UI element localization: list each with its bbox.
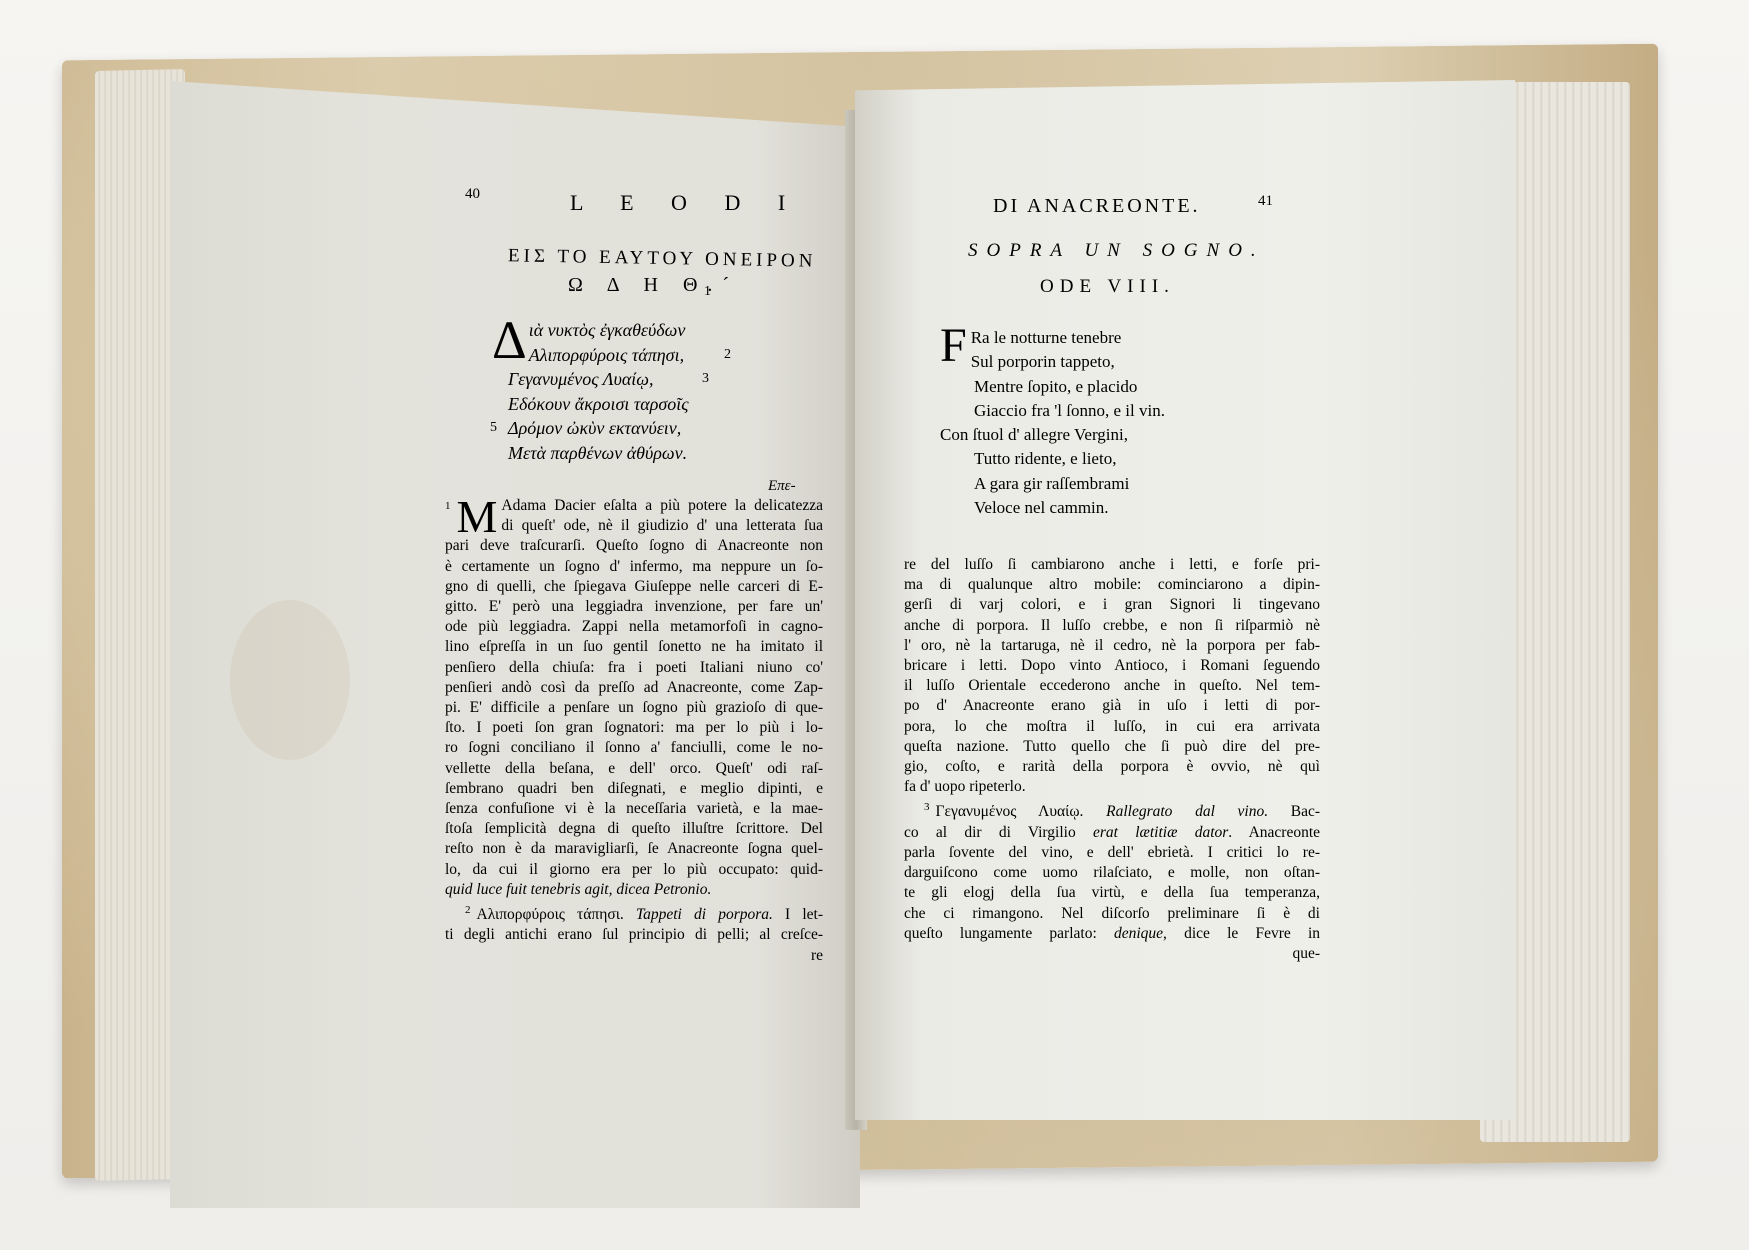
ode-number: ODE VIII. [1040, 276, 1175, 298]
page-number-right: 41 [1258, 193, 1273, 210]
verse-line: Ra le notturne tenebre [940, 326, 1165, 350]
running-head-right: DI ANACREONTE. [993, 195, 1201, 218]
dropcap-m: M [457, 498, 498, 536]
italian-verse: F Ra le notturne tenebre Sul porporin ta… [940, 326, 1165, 520]
greek-ode-label: Ω Δ Η Θ.´ [568, 274, 739, 297]
verse-line: Αλιπορφύροις τάπησι,2 [492, 343, 689, 368]
verse-line: Γεγανυμένος Λυαίῳ,3 [492, 367, 689, 392]
catchword-greek: Επε- [768, 478, 796, 495]
catchword-left-page: re [445, 946, 823, 966]
verse-line: Giaccio fra 'l ſonno, e il vin. [940, 399, 1165, 423]
verse-line: 5Δρόμον ὠκὺν εκτανύειν, [492, 416, 689, 441]
note-3-line: 3Γεγανυμένος Λυαίῳ. Rallegrato dal vino.… [904, 797, 1320, 822]
catchword-right-page: que- [904, 944, 1320, 964]
note-2-line: 2Αλιπορφύροις τάπησι. Tappeti di porpora… [445, 900, 823, 925]
verse-line: Tutto ridente, e lieto, [940, 447, 1165, 471]
verse-line: Con ſtuol d' allegre Vergini, [940, 423, 1165, 447]
page-number-left: 40 [465, 186, 480, 203]
verse-line: A gara gir raſſembrami [940, 472, 1165, 496]
paper-stain [230, 600, 350, 760]
verse-line: ιὰ νυκτὸς ἐγκαθεύδων [492, 318, 689, 343]
verse-line: Mentre ſopito, e placido [940, 375, 1165, 399]
greek-verse: Δ ιὰ νυκτὸς ἐγκαθεύδων Αλιπορφύροις τάπη… [492, 318, 689, 465]
verse-line: Sul porporin tappeto, [940, 350, 1165, 374]
verse-line: Μετὰ παρθένων ἀθύρων. [492, 441, 689, 466]
verse-line: Veloce nel cammin. [940, 496, 1165, 520]
italian-ode-title: SOPRA UN SOGNO. [968, 240, 1265, 262]
commentary-left: 1 M Adama Dacier eſalta a più potere la … [445, 496, 823, 966]
verse-line: Εδόκουν ἄκροισι ταρσοῖς [492, 392, 689, 417]
commentary-right: re del luſſo ſi cambiarono anche i letti… [904, 555, 1320, 964]
note-marker: 1 [704, 284, 711, 300]
running-head-left: L E O D I [570, 190, 801, 216]
